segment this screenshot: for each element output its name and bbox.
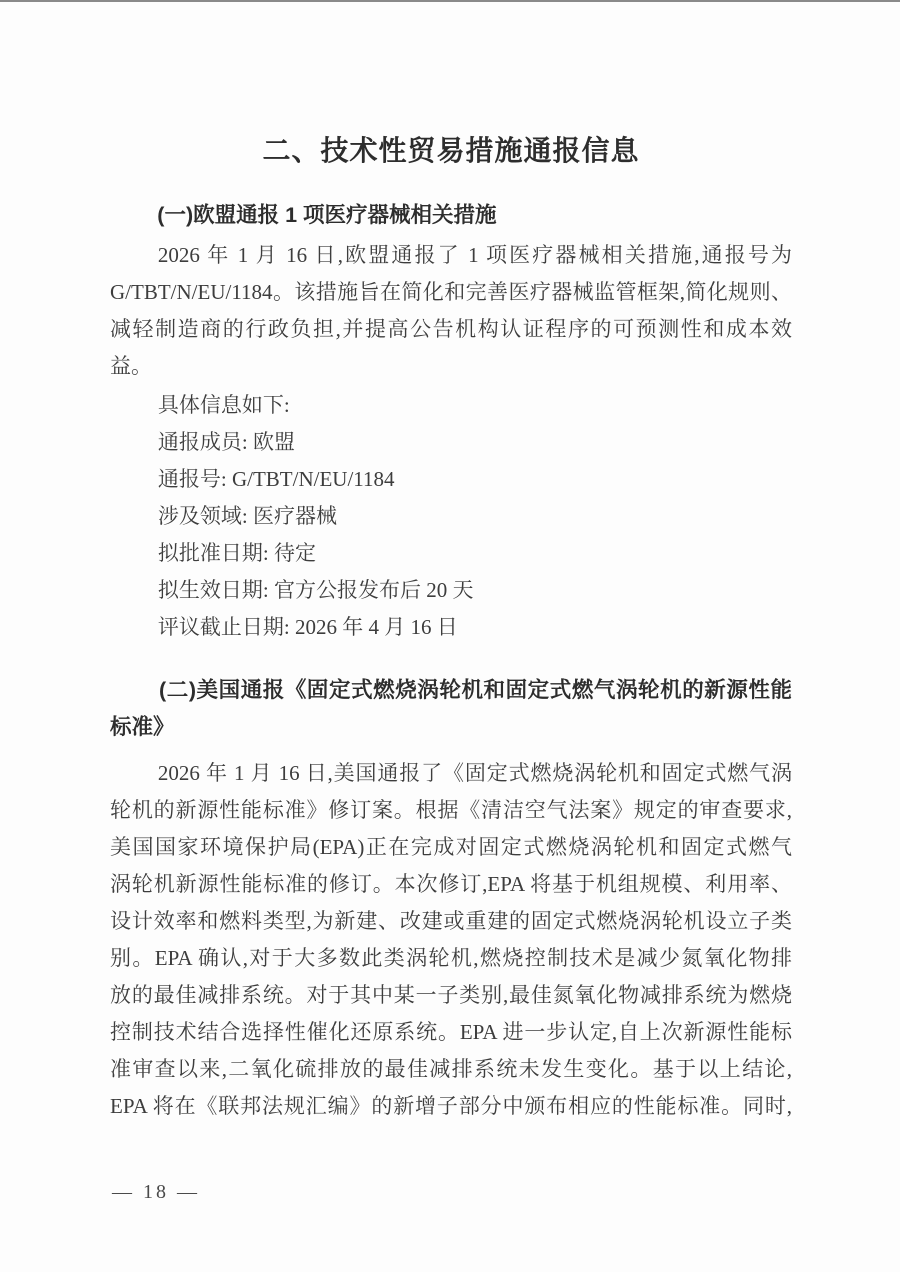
detail-line: 拟批准日期: 待定	[110, 535, 792, 572]
paragraph-line: 减轻制造商的行政负担,并提高公告机构认证程序的可预测性和成本效	[110, 311, 792, 348]
paragraph-line: 2026 年 1 月 16 日,欧盟通报了 1 项医疗器械相关措施,通报号为	[110, 237, 792, 274]
detail-line: 通报成员: 欧盟	[110, 424, 792, 461]
page-number: — 18 —	[112, 1181, 200, 1204]
paragraph-line: G/TBT/N/EU/1184。该措施旨在简化和完善医疗器械监管框架,简化规则、	[110, 274, 792, 311]
section-1-detail-list: 具体信息如下:通报成员: 欧盟通报号: G/TBT/N/EU/1184涉及领域:…	[110, 387, 792, 646]
paragraph-line: 涡轮机新源性能标准的修订。本次修订,EPA 将基于机组规模、利用率、	[110, 866, 792, 903]
detail-line: 具体信息如下:	[110, 387, 792, 424]
heading-line: (二)美国通报《固定式燃烧涡轮机和固定式燃气涡轮机的新源性能	[110, 672, 792, 709]
section-1-paragraph: 2026 年 1 月 16 日,欧盟通报了 1 项医疗器械相关措施,通报号为G/…	[110, 237, 792, 385]
paragraph-line: 美国国家环境保护局(EPA)正在完成对固定式燃烧涡轮机和固定式燃气	[110, 829, 792, 866]
section-2-paragraph: 2026 年 1 月 16 日,美国通报了《固定式燃烧涡轮机和固定式燃气涡轮机的…	[110, 755, 792, 1125]
detail-line: 拟生效日期: 官方公报发布后 20 天	[110, 572, 792, 609]
paragraph-line: 设计效率和燃料类型,为新建、改建或重建的固定式燃烧涡轮机设立子类	[110, 903, 792, 940]
paragraph-line: 益。	[110, 348, 792, 385]
paragraph-line: 控制技术结合选择性催化还原系统。EPA 进一步认定,自上次新源性能标	[110, 1014, 792, 1051]
section-1-heading: (一)欧盟通报 1 项医疗器械相关措施	[110, 197, 792, 234]
section-2-heading: (二)美国通报《固定式燃烧涡轮机和固定式燃气涡轮机的新源性能标准》	[110, 672, 792, 746]
document-page: 二、技术性贸易措施通报信息 (一)欧盟通报 1 项医疗器械相关措施 2026 年…	[0, 0, 900, 1272]
paragraph-line: 别。EPA 确认,对于大多数此类涡轮机,燃烧控制技术是减少氮氧化物排	[110, 940, 792, 977]
heading-line: 标准》	[110, 709, 792, 746]
scan-top-edge	[0, 0, 900, 2]
detail-line: 涉及领域: 医疗器械	[110, 498, 792, 535]
paragraph-line: 准审查以来,二氧化硫排放的最佳减排系统未发生变化。基于以上结论,	[110, 1051, 792, 1088]
detail-line: 通报号: G/TBT/N/EU/1184	[110, 461, 792, 498]
paragraph-line: 轮机的新源性能标准》修订案。根据《清洁空气法案》规定的审查要求,	[110, 792, 792, 829]
paragraph-line: EPA 将在《联邦法规汇编》的新增子部分中颁布相应的性能标准。同时,	[110, 1088, 792, 1125]
paragraph-line: 2026 年 1 月 16 日,美国通报了《固定式燃烧涡轮机和固定式燃气涡	[110, 755, 792, 792]
paragraph-line: 放的最佳减排系统。对于其中某一子类别,最佳氮氧化物减排系统为燃烧	[110, 977, 792, 1014]
page-title: 二、技术性贸易措施通报信息	[110, 133, 792, 169]
detail-line: 评议截止日期: 2026 年 4 月 16 日	[110, 609, 792, 646]
